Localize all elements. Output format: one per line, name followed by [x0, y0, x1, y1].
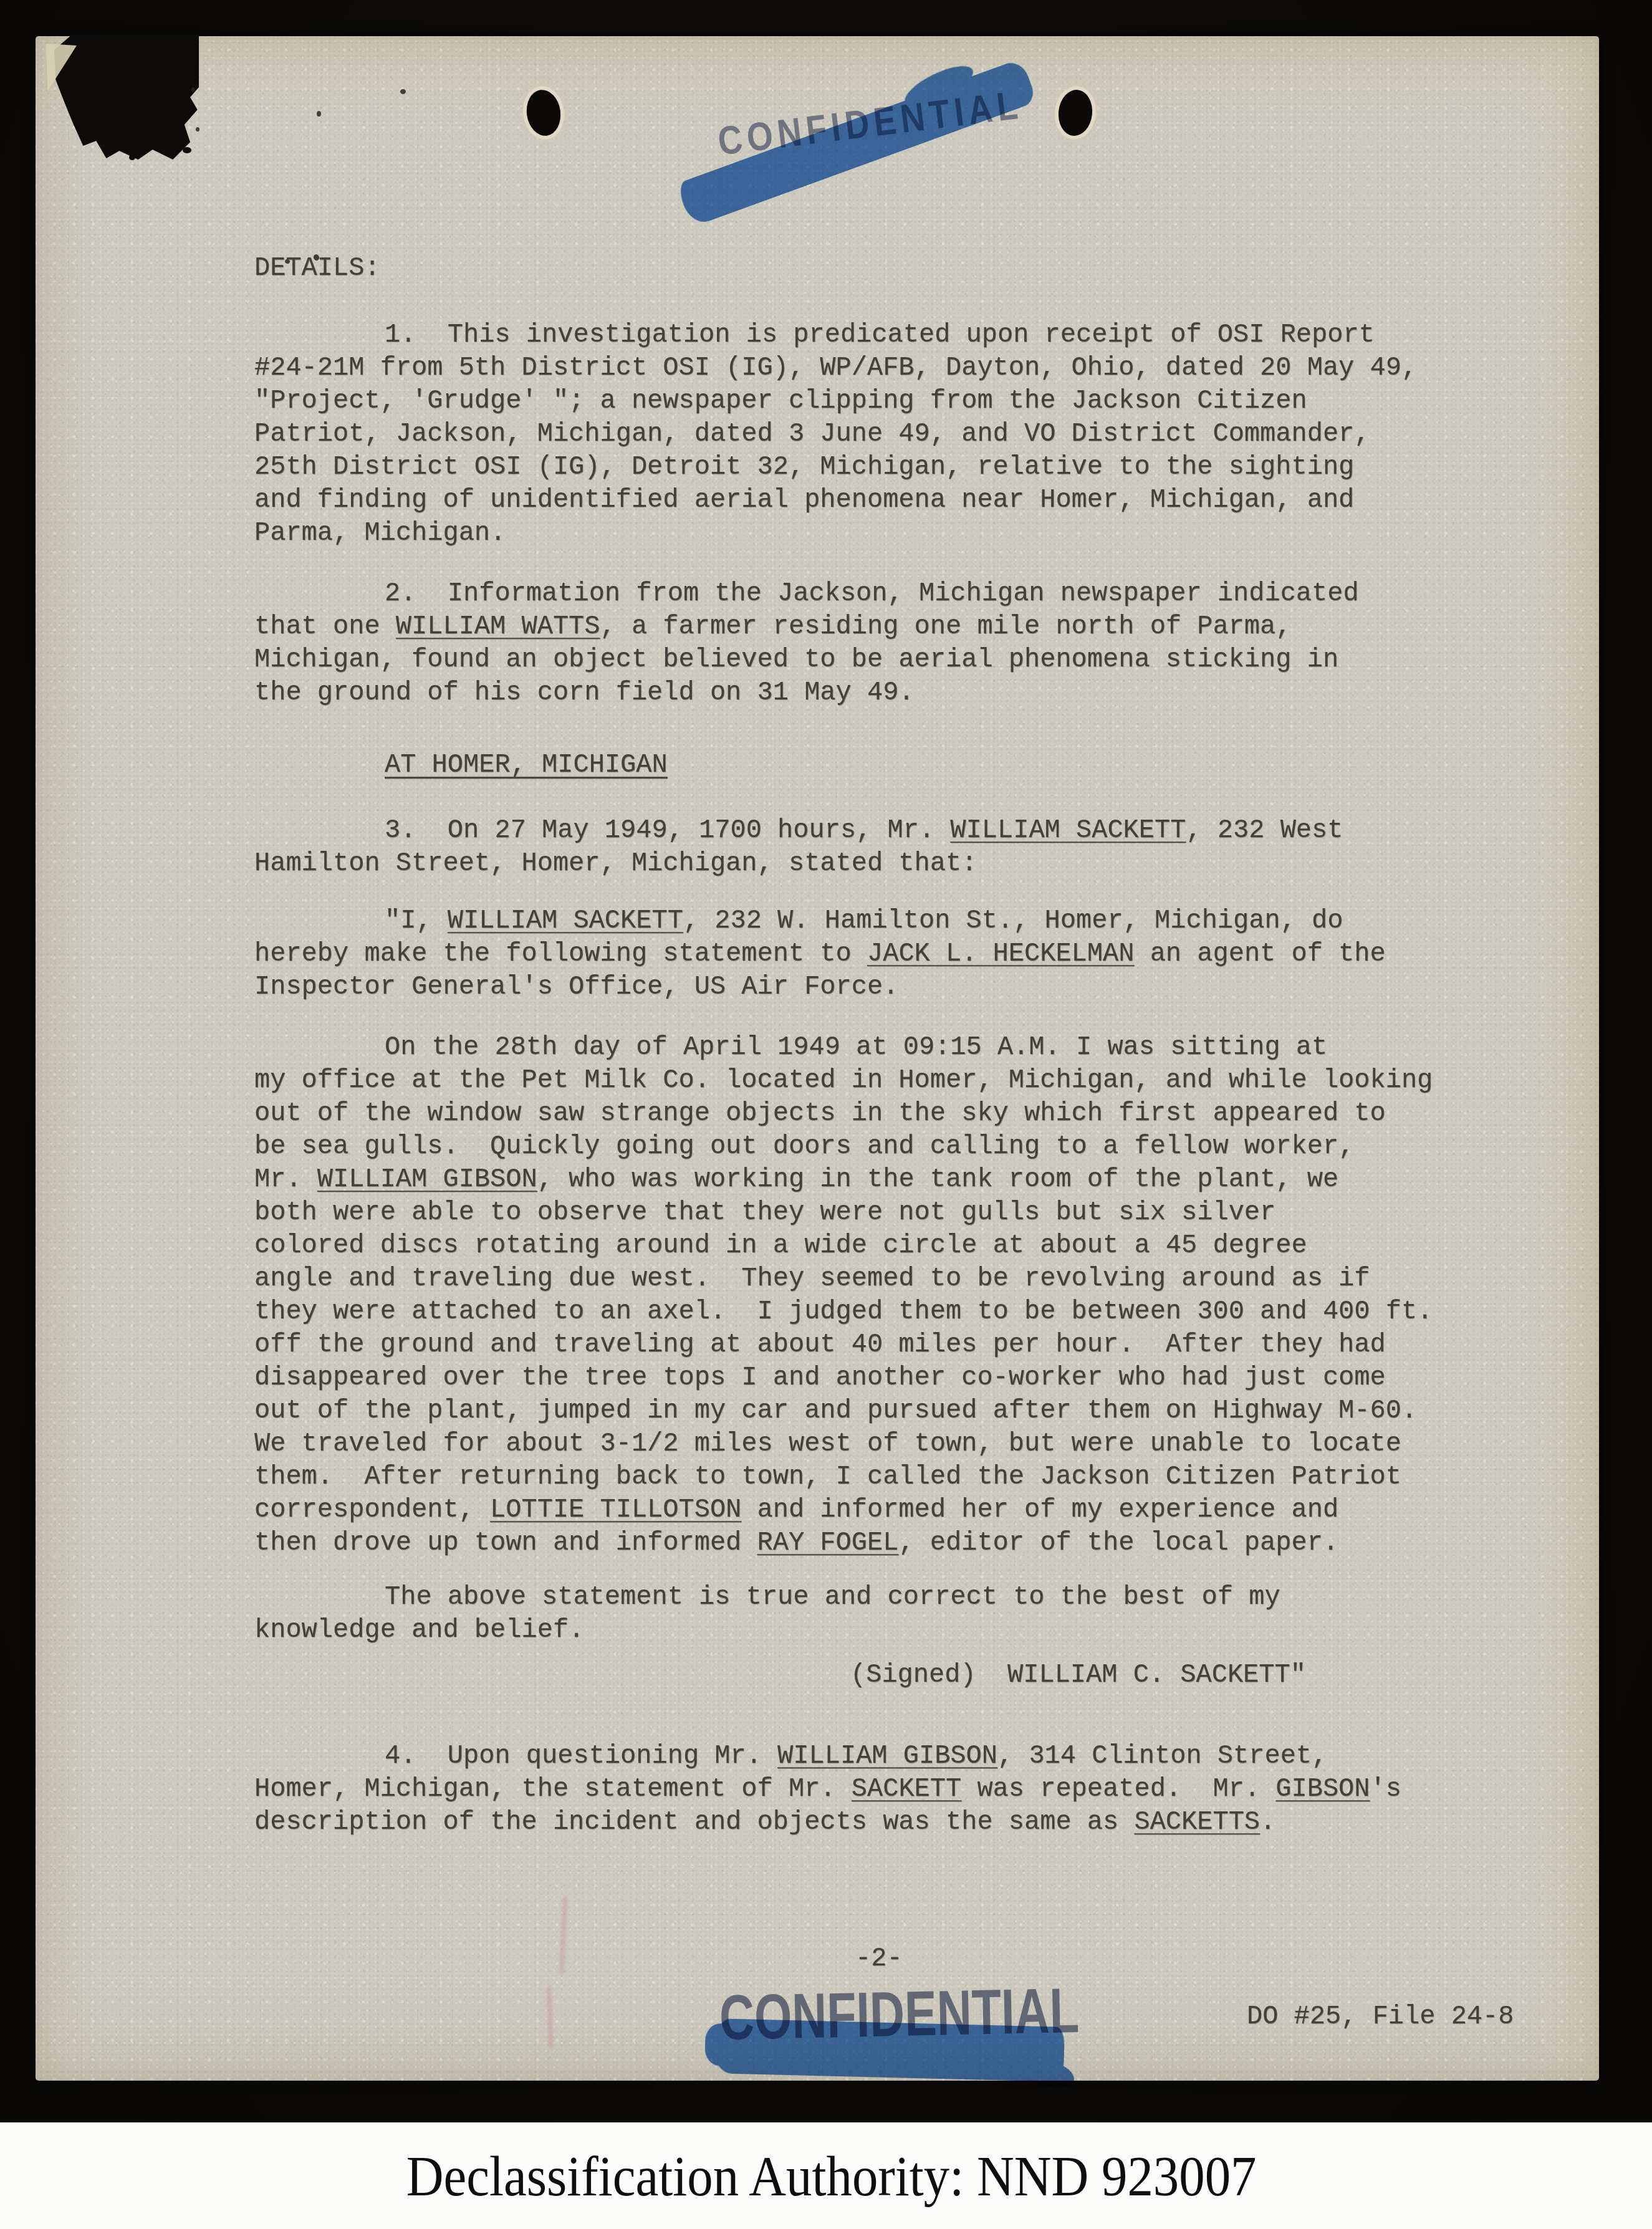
text-line: then drove up town and informed RAY FOGE…: [254, 1527, 1433, 1560]
text-line: that one WILLIAM WATTS, a farmer residin…: [254, 610, 1359, 643]
text-line: Homer, Michigan, the statement of Mr. SA…: [254, 1773, 1401, 1806]
text-line: hereby make the following statement to J…: [254, 937, 1386, 971]
underlined-name: LOTTIE TILLOTSON: [490, 1495, 741, 1525]
text-segment: 3. On 27 May 1949, 1700 hours, Mr.: [385, 815, 950, 845]
text-segment: correspondent,: [254, 1495, 490, 1525]
blue-marker-stroke: [713, 2018, 1065, 2082]
text-segment: an agent of the: [1134, 939, 1385, 969]
text-segment: Mr.: [254, 1164, 317, 1194]
document-page: CONFIDENTIAL DETAILS: 1. This investigat…: [36, 36, 1599, 2081]
text-line: them. After returning back to town, I ca…: [254, 1460, 1433, 1493]
text-segment: , a farmer residing one mile north of Pa…: [600, 611, 1292, 641]
underlined-name: RAY FOGEL: [757, 1528, 899, 1558]
text-line: 2. Information from the Jackson, Michiga…: [254, 577, 1359, 610]
text-line: and finding of unidentified aerial pheno…: [254, 484, 1417, 517]
section-title-text: AT HOMER, MICHIGAN: [385, 750, 668, 780]
page-title: DETAILS:: [254, 252, 380, 285]
text-line: Mr. WILLIAM GIBSON, who was working in t…: [254, 1163, 1433, 1196]
underlined-name: WILLIAM GIBSON: [777, 1741, 997, 1771]
pink-smudge: [547, 1987, 553, 2049]
text-line: "Project, 'Grudge' "; a newspaper clippi…: [254, 385, 1417, 418]
declassification-text: Declassification Authority: NND 923007: [406, 2143, 1257, 2209]
text-segment: , 232 West: [1186, 815, 1343, 845]
text-line: disappeared over the tree tops I and ano…: [254, 1361, 1433, 1394]
text-segment: 's: [1370, 1774, 1401, 1804]
signature-line: (Signed) WILLIAM C. SACKETT": [254, 1659, 1306, 1692]
text-line: The above statement is true and correct …: [254, 1581, 1280, 1614]
text-segment: , editor of the local paper.: [898, 1528, 1338, 1558]
underlined-name: WILLIAM SACKETT: [448, 906, 683, 936]
text-line: #24-21M from 5th District OSI (IG), WP/A…: [254, 352, 1417, 385]
paragraph-3: 3. On 27 May 1949, 1700 hours, Mr. WILLI…: [254, 814, 1343, 880]
text-line: Parma, Michigan.: [254, 517, 1417, 550]
text-line: be sea gulls. Quickly going out doors an…: [254, 1130, 1433, 1163]
text-segment: , 232 W. Hamilton St., Homer, Michigan, …: [683, 906, 1343, 936]
signed-by: (Signed) WILLIAM C. SACKETT": [254, 1659, 1306, 1692]
statement-body: On the 28th day of April 1949 at 09:15 A…: [254, 1031, 1433, 1560]
paper-speck: [196, 127, 199, 132]
paragraph-2: 2. Information from the Jackson, Michiga…: [254, 577, 1359, 709]
declassification-banner: Declassification Authority: NND 923007: [0, 2122, 1652, 2229]
text-segment: "I,: [385, 906, 448, 936]
text-segment: that one: [254, 611, 396, 641]
text-line: Inspector General's Office, US Air Force…: [254, 971, 1386, 1004]
paper-speck: [317, 111, 321, 117]
statement-intro: "I, WILLIAM SACKETT, 232 W. Hamilton St.…: [254, 904, 1386, 1004]
text-segment: .: [1260, 1807, 1275, 1837]
text-line: Hamilton Street, Homer, Michigan, stated…: [254, 847, 1343, 880]
details-heading: DETAILS:: [254, 252, 380, 285]
text-line: correspondent, LOTTIE TILLOTSON and info…: [254, 1493, 1433, 1527]
text-line: knowledge and belief.: [254, 1614, 1280, 1647]
tear-debris: [129, 155, 135, 160]
paper-speck: [400, 89, 406, 94]
underlined-name: WILLIAM WATTS: [396, 611, 600, 641]
section-title: AT HOMER, MICHIGAN: [254, 749, 668, 782]
underlined-name: WILLIAM GIBSON: [317, 1164, 537, 1194]
paper-speck: [191, 87, 195, 92]
confidential-stamp-top: CONFIDENTIAL: [671, 67, 1120, 248]
section-heading: AT HOMER, MICHIGAN: [254, 749, 668, 782]
paragraph-1: 1. This investigation is predicated upon…: [254, 319, 1417, 550]
hole-punch: [524, 88, 564, 138]
pink-smudge: [559, 1897, 568, 1975]
text-line: 25th District OSI (IG), Detroit 32, Mich…: [254, 451, 1417, 484]
text-segment: Homer, Michigan, the statement of Mr.: [254, 1774, 852, 1804]
text-line: my office at the Pet Milk Co. located in…: [254, 1064, 1433, 1097]
text-segment: , 314 Clinton Street,: [997, 1741, 1327, 1771]
text-line: off the ground and traveling at about 40…: [254, 1328, 1433, 1361]
text-line: out of the plant, jumped in my car and p…: [254, 1394, 1433, 1427]
torn-corner: [54, 35, 199, 160]
text-line: On the 28th day of April 1949 at 09:15 A…: [254, 1031, 1433, 1064]
text-line: colored discs rotating around in a wide …: [254, 1229, 1433, 1262]
text-segment: then drove up town and informed: [254, 1528, 757, 1558]
text-line: 4. Upon questioning Mr. WILLIAM GIBSON, …: [254, 1740, 1401, 1773]
file-reference: DO #25, File 24-8: [1247, 2000, 1514, 2033]
scanned-document-photo: CONFIDENTIAL DETAILS: 1. This investigat…: [0, 0, 1652, 2229]
text-segment: hereby make the following statement to: [254, 939, 867, 969]
underlined-name: JACK L. HECKELMAN: [867, 939, 1134, 969]
closing-statement: The above statement is true and correct …: [254, 1581, 1280, 1647]
confidential-stamp-bottom: CONFIDENTIAL: [681, 1959, 1179, 2121]
text-segment: description of the incident and objects …: [254, 1807, 1134, 1837]
text-line: both were able to observe that they were…: [254, 1196, 1433, 1229]
text-line: angle and traveling due west. They seeme…: [254, 1262, 1433, 1295]
underlined-name: SACKETT: [852, 1774, 961, 1804]
text-segment: 4. Upon questioning Mr.: [385, 1741, 777, 1771]
text-line: description of the incident and objects …: [254, 1806, 1401, 1839]
text-line: the ground of his corn field on 31 May 4…: [254, 676, 1359, 709]
text-line: out of the window saw strange objects in…: [254, 1097, 1433, 1130]
text-line: "I, WILLIAM SACKETT, 232 W. Hamilton St.…: [254, 904, 1386, 937]
underlined-name: SACKETTS: [1134, 1807, 1260, 1837]
tear-debris: [183, 147, 191, 153]
text-line: 1. This investigation is predicated upon…: [254, 319, 1417, 352]
underlined-name: WILLIAM SACKETT: [950, 815, 1186, 845]
text-segment: , who was working in the tank room of th…: [537, 1164, 1338, 1194]
text-segment: and informed her of my experience and: [741, 1495, 1338, 1525]
text-segment: was repeated. Mr.: [961, 1774, 1275, 1804]
underlined-name: GIBSON: [1275, 1774, 1370, 1804]
text-line: We traveled for about 3-1/2 miles west o…: [254, 1427, 1433, 1460]
paragraph-4: 4. Upon questioning Mr. WILLIAM GIBSON, …: [254, 1740, 1401, 1839]
text-line: they were attached to an axel. I judged …: [254, 1295, 1433, 1328]
text-line: 3. On 27 May 1949, 1700 hours, Mr. WILLI…: [254, 814, 1343, 847]
text-line: Patriot, Jackson, Michigan, dated 3 June…: [254, 418, 1417, 451]
text-line: Michigan, found an object believed to be…: [254, 643, 1359, 676]
